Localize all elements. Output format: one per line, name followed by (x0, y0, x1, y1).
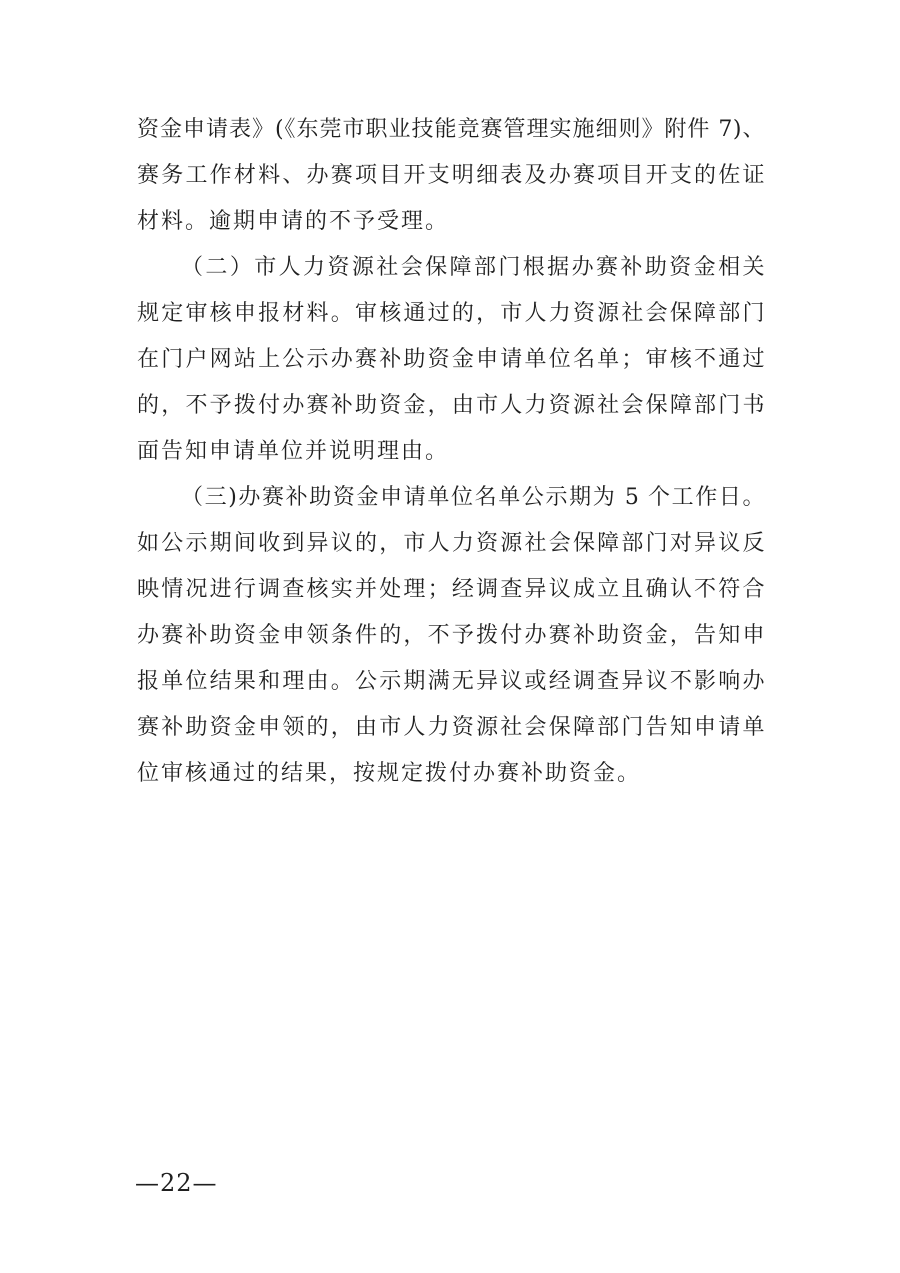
text-line: 材料。逾期申请的不予受理。 (137, 199, 765, 245)
paragraph-item-3: （三)办赛补助资金申请单位名单公示期为 5 个工作日。 如公示期间收到异议的，市… (137, 475, 765, 797)
text-line: 映情况进行调查核实并处理；经调查异议成立且确认不符合 (137, 567, 765, 613)
text-line: 位审核通过的结果，按规定拨付办赛补助资金。 (137, 751, 765, 797)
text-line: 资金申请表》(《东莞市职业技能竞赛管理实施细则》附件 7)、 (137, 107, 765, 153)
text-line: （三)办赛补助资金申请单位名单公示期为 5 个工作日。 (137, 475, 765, 521)
text-line: 在门户网站上公示办赛补助资金申请单位名单；审核不通过 (137, 337, 765, 383)
document-body: 资金申请表》(《东莞市职业技能竞赛管理实施细则》附件 7)、 赛务工作材料、办赛… (137, 107, 765, 797)
text-line: 赛补助资金申领的，由市人力资源社会保障部门告知申请单 (137, 705, 765, 751)
text-line: 的，不予拨付办赛补助资金，由市人力资源社会保障部门书 (137, 383, 765, 429)
text-line: 办赛补助资金申领条件的，不予拨付办赛补助资金，告知申 (137, 613, 765, 659)
text-line: 规定审核申报材料。审核通过的，市人力资源社会保障部门 (137, 291, 765, 337)
paragraph-item-2: （二）市人力资源社会保障部门根据办赛补助资金相关 规定审核申报材料。审核通过的，… (137, 245, 765, 475)
text-line: 面告知申请单位并说明理由。 (137, 429, 765, 475)
text-line: （二）市人力资源社会保障部门根据办赛补助资金相关 (137, 245, 765, 291)
text-line: 报单位结果和理由。公示期满无异议或经调查异议不影响办 (137, 659, 765, 705)
paragraph-continuation: 资金申请表》(《东莞市职业技能竞赛管理实施细则》附件 7)、 赛务工作材料、办赛… (137, 107, 765, 245)
text-line: 赛务工作材料、办赛项目开支明细表及办赛项目开支的佐证 (137, 153, 765, 199)
page-number: —22— (135, 1168, 218, 1198)
text-line: 如公示期间收到异议的，市人力资源社会保障部门对异议反 (137, 521, 765, 567)
document-page: 资金申请表》(《东莞市职业技能竞赛管理实施细则》附件 7)、 赛务工作材料、办赛… (0, 0, 900, 1273)
